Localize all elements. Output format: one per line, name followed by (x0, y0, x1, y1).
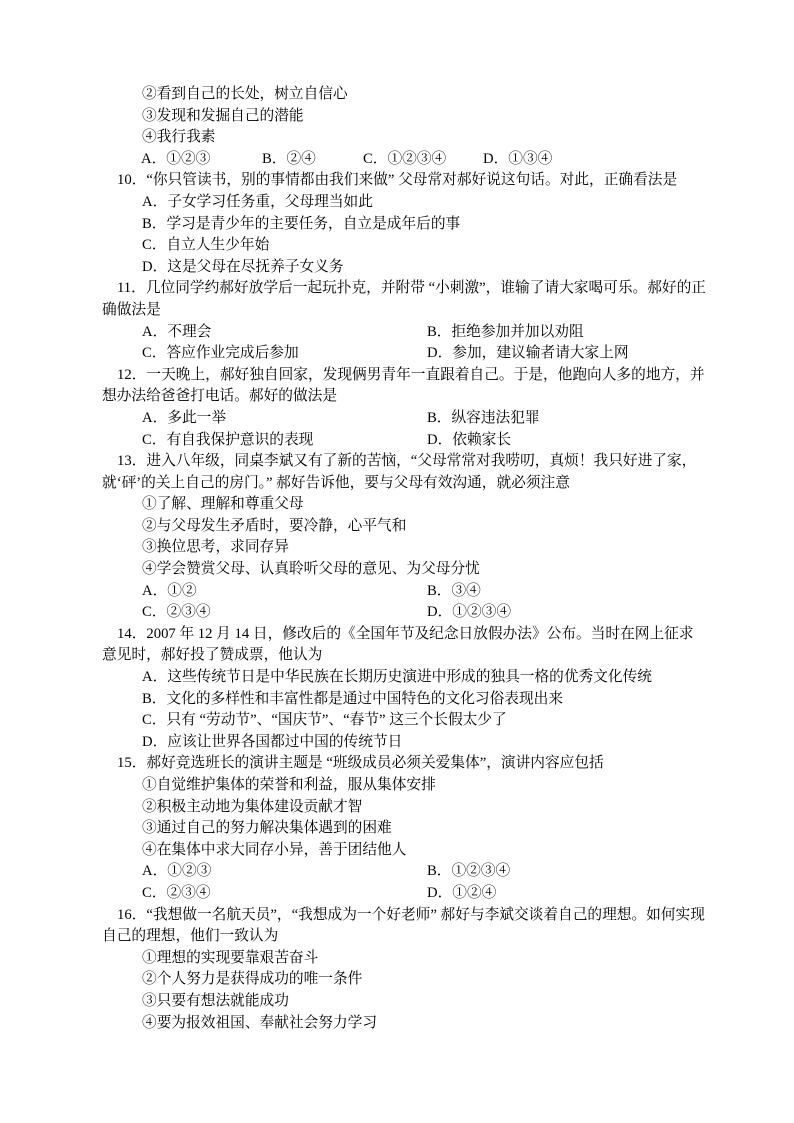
sub-item-2: ②积极主动地为集体建设贡献才智 (102, 797, 706, 819)
option-b: B．拒绝参加并加以劝阻 (427, 322, 706, 344)
option-b: B．③④ (427, 581, 706, 603)
option-c: C．①②③④ (363, 149, 483, 171)
question-number: 14． (117, 626, 146, 642)
option-a: A．①②③ (102, 861, 427, 883)
option-a: A．多此一举 (102, 408, 427, 430)
option-b: B．①②③④ (427, 861, 706, 883)
option-c: C．只有 “劳动节”、“国庆节”、“春节” 这三个长假太少了 (102, 710, 706, 732)
question-number: 10． (117, 172, 146, 188)
question-number: 12． (117, 367, 146, 383)
question-block-12: 12．一天晚上，郝好独自回家，发现俩男青年一直跟着自己。于是，他跑向人多的地方，… (102, 365, 706, 451)
sub-item-3: ③换位思考，求同存异 (102, 537, 706, 559)
option-d: D．依赖家长 (427, 430, 706, 452)
sub-item-1: ①了解、理解和尊重父母 (102, 494, 706, 516)
sub-item-1: ①理想的实现要靠艰苦奋斗 (102, 948, 706, 970)
option-c: C．有自我保护意识的表现 (102, 430, 427, 452)
option-d: D．①②③④ (427, 602, 706, 624)
question-block-14: 14．2007 年 12 月 14 日，修改后的《全国年节及纪念日放假办法》公布… (102, 624, 706, 754)
option-a: A．不理会 (102, 322, 427, 344)
option-a: A．这些传统节日是中华民族在长期历史演进中形成的独具一格的优秀文化传统 (102, 667, 706, 689)
answer-options-grid: A．多此一举 B．纵容违法犯罪 C．有自我保护意识的表现 D．依赖家长 (102, 408, 706, 451)
option-d: D．这是父母在尽抚养子女义务 (102, 257, 706, 279)
answer-options-grid: A．不理会 B．拒绝参加并加以劝阻 C．答应作业完成后参加 D．参加，建议输者请… (102, 322, 706, 365)
question-block-15: 15．郝好竞选班长的演讲主题是 “班级成员必须关爱集体”，演讲内容应包括 ①自觉… (102, 753, 706, 904)
question-stem: 13．进入八年级，同桌李斌又有了新的苦恼，“父母常常对我唠叨，真烦！我只好进了家… (102, 451, 706, 494)
question-text: “我想做一名航天员”，“我想成为一个好老师” 郝好与李斌交谈着自己的理想。如何实… (102, 907, 705, 945)
option-b: B．文化的多样性和丰富性都是通过中国特色的文化习俗表现出来 (102, 689, 706, 711)
option-c: C．答应作业完成后参加 (102, 343, 427, 365)
question-number: 11． (117, 280, 146, 296)
question-text: 郝好竞选班长的演讲主题是 “班级成员必须关爱集体”，演讲内容应包括 (146, 755, 603, 771)
sub-item-4: ④在集体中求大同存小异，善于团结他人 (102, 840, 706, 862)
sub-item-1: ①自觉维护集体的荣誉和利益，服从集体安排 (102, 775, 706, 797)
exam-page: ②看到自己的长处，树立自信心 ③发现和发掘自己的潜能 ④我行我素 A．①②③ B… (0, 0, 794, 1123)
option-a: A．①②③ (141, 149, 262, 171)
sub-item-4: ④要为报效祖国、奉献社会努力学习 (102, 1013, 706, 1035)
sub-item-2: ②个人努力是获得成功的唯一条件 (102, 969, 706, 991)
option-d: D．参加，建议输者请大家上网 (427, 343, 706, 365)
question-text: “你只管读书，别的事情都由我们来做” 父母常对郝好说这句话。对此，正确看法是 (146, 172, 677, 188)
question-block-16: 16．“我想做一名航天员”，“我想成为一个好老师” 郝好与李斌交谈着自己的理想。… (102, 905, 706, 1035)
option-c: C．②③④ (102, 883, 427, 905)
option-a: A．①② (102, 581, 427, 603)
answer-options-grid: A．①②③ B．①②③④ C．②③④ D．①②④ (102, 861, 706, 904)
question-text: 几位同学约郝好放学后一起玩扑克，并附带 “小刺激”，谁输了请大家喝可乐。郝好的正… (102, 280, 706, 318)
sub-item-3: ③只要有想法就能成功 (102, 991, 706, 1013)
option-d: D．①③④ (483, 149, 552, 171)
question-text: 一天晚上，郝好独自回家，发现俩男青年一直跟着自己。于是，他跑向人多的地方，并想办… (102, 367, 705, 405)
question-number: 16． (117, 907, 146, 923)
option-b: B．学习是青少年的主要任务，自立是成年后的事 (102, 214, 706, 236)
question-stem: 16．“我想做一名航天员”，“我想成为一个好老师” 郝好与李斌交谈着自己的理想。… (102, 905, 706, 948)
question-block-10: 10．“你只管读书，别的事情都由我们来做” 父母常对郝好说这句话。对此，正确看法… (102, 170, 706, 278)
option-b: B．纵容违法犯罪 (427, 408, 706, 430)
question-text: 进入八年级，同桌李斌又有了新的苦恼，“父母常常对我唠叨，真烦！我只好进了家，就‘… (102, 453, 696, 491)
sub-item-1: ②看到自己的长处，树立自信心 (102, 84, 706, 106)
option-d: D．应该让世界各国都过中国的传统节日 (102, 732, 706, 754)
question-block-9: ②看到自己的长处，树立自信心 ③发现和发掘自己的潜能 ④我行我素 A．①②③ B… (102, 84, 706, 170)
question-block-11: 11．几位同学约郝好放学后一起玩扑克，并附带 “小刺激”，谁输了请大家喝可乐。郝… (102, 278, 706, 364)
sub-item-3: ③通过自己的努力解决集体遇到的困难 (102, 818, 706, 840)
question-stem: 15．郝好竞选班长的演讲主题是 “班级成员必须关爱集体”，演讲内容应包括 (102, 753, 706, 775)
option-a: A．子女学习任务重，父母理当如此 (102, 192, 706, 214)
question-stem: 12．一天晚上，郝好独自回家，发现俩男青年一直跟着自己。于是，他跑向人多的地方，… (102, 365, 706, 408)
sub-item-2: ②与父母发生矛盾时，要冷静，心平气和 (102, 516, 706, 538)
question-block-13: 13．进入八年级，同桌李斌又有了新的苦恼，“父母常常对我唠叨，真烦！我只好进了家… (102, 451, 706, 624)
sub-item-3: ④我行我素 (102, 127, 706, 149)
question-number: 15． (117, 755, 146, 771)
option-c: C．②③④ (102, 602, 427, 624)
sub-item-2: ③发现和发掘自己的潜能 (102, 106, 706, 128)
question-number: 13． (117, 453, 146, 469)
sub-item-4: ④学会赞赏父母、认真聆听父母的意见、为父母分忧 (102, 559, 706, 581)
question-text: 2007 年 12 月 14 日，修改后的《全国年节及纪念日放假办法》公布。当时… (102, 626, 694, 664)
option-d: D．①②④ (427, 883, 706, 905)
answer-options-grid: A．①② B．③④ C．②③④ D．①②③④ (102, 581, 706, 624)
question-stem: 14．2007 年 12 月 14 日，修改后的《全国年节及纪念日放假办法》公布… (102, 624, 706, 667)
question-stem: 11．几位同学约郝好放学后一起玩扑克，并附带 “小刺激”，谁输了请大家喝可乐。郝… (102, 278, 706, 321)
question-stem: 10．“你只管读书，别的事情都由我们来做” 父母常对郝好说这句话。对此，正确看法… (102, 170, 706, 192)
answer-options-row: A．①②③ B．②④ C．①②③④ D．①③④ (102, 149, 706, 171)
option-b: B．②④ (262, 149, 363, 171)
option-c: C．自立人生少年始 (102, 235, 706, 257)
